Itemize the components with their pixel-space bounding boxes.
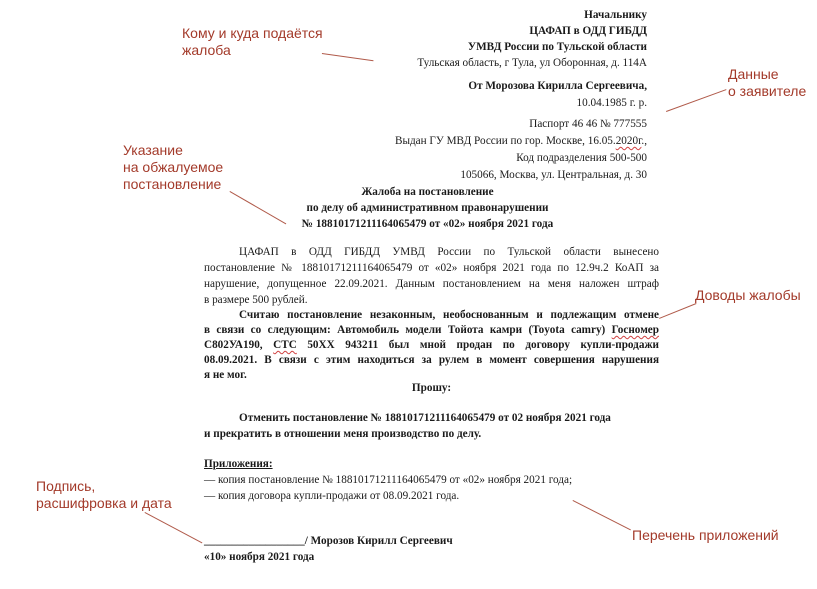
signature-line: __________________/ Морозов Кирилл Серге… (204, 533, 659, 549)
request-heading: Прошу: (204, 380, 659, 396)
body-line: 08.09.2021. В связи с этим находиться за… (204, 353, 659, 368)
annotation-line: Данные (728, 66, 806, 83)
annotation-signature: Подпись, расшифровка и дата (36, 478, 172, 512)
request-line: Отменить постановление № 188101712111640… (204, 410, 659, 426)
body-text: С802УА190, (204, 339, 273, 351)
applicant-from: От Морозова Кирилла Сергеевича, (307, 78, 647, 95)
annotation-applicant: Данные о заявителе (728, 66, 806, 100)
title-line: по делу об административном правонарушен… (260, 200, 595, 216)
addressee-line: Начальнику (327, 7, 647, 23)
request-block: Отменить постановление № 188101712111640… (204, 410, 659, 442)
body-line: С802УА190, СТС 50XX 943211 был мной прод… (204, 338, 659, 353)
addressee-block: Начальнику ЦАФАП в ОДД ГИБДД УМВД России… (327, 7, 647, 71)
annotation-line: Указание (123, 142, 223, 159)
annotation-line: Подпись, (36, 478, 172, 495)
addressee-address: Тульская область, г Тула, ул Оборонная, … (327, 55, 647, 71)
leader-line (666, 89, 726, 112)
body-text: в связи со следующим: Автомобиль модели … (204, 324, 612, 336)
leader-line (145, 512, 203, 543)
applicant-birth: 10.04.1985 г. р. (307, 95, 647, 112)
body-line: Считаю постановление незаконным, необосн… (204, 308, 659, 323)
body-text-flagged: СТС (273, 339, 297, 351)
title-line: Жалоба на постановление (260, 184, 595, 200)
addressee-line: УМВД России по Тульской области (327, 39, 647, 55)
body-line: нарушение, допущенное 22.09.2021. Данным… (204, 276, 659, 292)
applicant-block: От Морозова Кирилла Сергеевича, 10.04.19… (307, 78, 647, 184)
body-text: 50XX 943211 был мной продан по договору … (297, 339, 659, 351)
body-line: ЦАФАП в ОДД ГИБДД УМВД России по Тульско… (204, 244, 659, 260)
body-line: в связи со следующим: Автомобиль модели … (204, 323, 659, 338)
annotation-line: о заявителе (728, 83, 806, 100)
applicant-division-code: Код подразделения 500-500 (307, 150, 647, 167)
issued-year: 2020г (616, 135, 642, 147)
signature-block: __________________/ Морозов Кирилл Серге… (204, 533, 659, 565)
body-text-flagged: Госномер (612, 324, 659, 336)
annotation-recipient: Кому и куда подаётся жалоба (182, 25, 323, 59)
title-line: № 18810171211164065479 от «02» ноября 20… (260, 216, 595, 232)
applicant-passport: Паспорт 46 46 № 777555 (307, 116, 647, 133)
issued-suffix: ., (641, 135, 647, 147)
annotation-arguments: Доводы жалобы (695, 287, 801, 304)
body-line: в размере 500 рублей. (204, 292, 659, 308)
applicant-issued: Выдан ГУ МВД России по гор. Москве, 16.0… (307, 133, 647, 150)
leader-line (659, 303, 696, 319)
request-line: и прекратить в отношении меня производст… (204, 426, 659, 442)
annotation-line: постановление (123, 176, 223, 193)
annotation-line: на обжалуемое (123, 159, 223, 176)
body-paragraph-2: Считаю постановление незаконным, необосн… (204, 308, 659, 383)
body-line: постановление № 18810171211164065479 от … (204, 260, 659, 276)
attachments-block: Приложения: — копия постановление № 1881… (204, 456, 659, 504)
attachment-item: — копия постановление № 1881017121116406… (204, 472, 659, 488)
addressee-line: ЦАФАП в ОДД ГИБДД (327, 23, 647, 39)
document-title: Жалоба на постановление по делу об админ… (260, 184, 595, 232)
annotation-line: жалоба (182, 42, 323, 59)
issued-text: Выдан ГУ МВД России по гор. Москве, 16.0… (395, 135, 616, 147)
leader-line (573, 500, 631, 530)
annotation-resolution: Указание на обжалуемое постановление (123, 142, 223, 193)
annotation-line: расшифровка и дата (36, 495, 172, 512)
attachment-item: — копия договора купли-продажи от 08.09.… (204, 488, 659, 504)
body-paragraph-1: ЦАФАП в ОДД ГИБДД УМВД России по Тульско… (204, 244, 659, 308)
signature-date: «10» ноября 2021 года (204, 549, 659, 565)
annotation-line: Кому и куда подаётся (182, 25, 323, 42)
attachments-heading: Приложения: (204, 456, 659, 472)
applicant-address: 105066, Москва, ул. Центральная, д. 30 (307, 167, 647, 184)
